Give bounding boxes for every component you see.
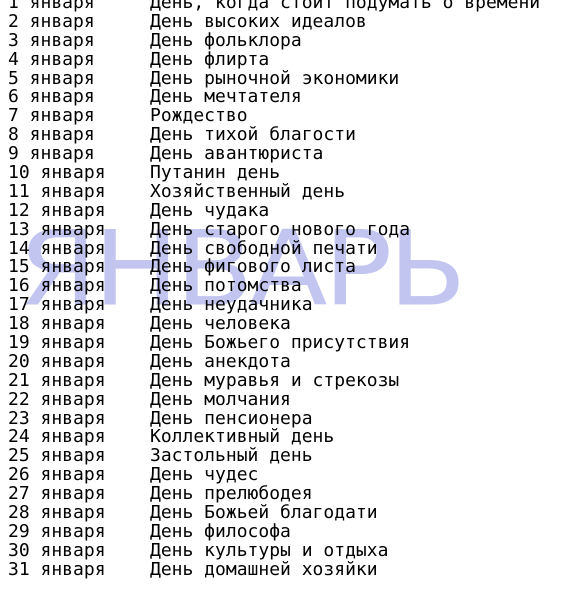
list-item: 21 январяДень муравья и стрекозы	[8, 372, 540, 391]
date-label: 3 января	[8, 32, 150, 51]
list-item: 11 январяХозяйственный день	[8, 183, 540, 202]
list-item: 22 январяДень молчания	[8, 391, 540, 410]
holiday-name: День анекдота	[150, 353, 291, 372]
holiday-name: Хозяйственный день	[150, 183, 345, 202]
date-label: 29 января	[8, 523, 150, 542]
holiday-name: День муравья и стрекозы	[150, 372, 399, 391]
holiday-name: День флирта	[150, 51, 269, 70]
holiday-name: День молчания	[150, 391, 291, 410]
date-label: 20 января	[8, 353, 150, 372]
holiday-name: День старого нового года	[150, 221, 410, 240]
date-label: 30 января	[8, 542, 150, 561]
list-item: 3 январяДень фольклора	[8, 32, 540, 51]
list-item: 13 январяДень старого нового года	[8, 221, 540, 240]
list-item: 12 январяДень чудака	[8, 202, 540, 221]
date-label: 31 января	[8, 561, 150, 580]
holiday-list: 1 январяДень, когда стоит подумать о вре…	[8, 0, 540, 580]
list-item: 2 январяДень высоких идеалов	[8, 13, 540, 32]
list-item: 29 январяДень философа	[8, 523, 540, 542]
date-label: 4 января	[8, 51, 150, 70]
date-label: 21 января	[8, 372, 150, 391]
holiday-name: День фольклора	[150, 32, 302, 51]
list-item: 20 январяДень анекдота	[8, 353, 540, 372]
holiday-name: День культуры и отдыха	[150, 542, 388, 561]
date-label: 22 января	[8, 391, 150, 410]
holiday-name: День чудака	[150, 202, 269, 221]
date-label: 11 января	[8, 183, 150, 202]
list-item: 4 январяДень флирта	[8, 51, 540, 70]
list-item: 30 январяДень культуры и отдыха	[8, 542, 540, 561]
holiday-name: День высоких идеалов	[150, 13, 367, 32]
date-label: 2 января	[8, 13, 150, 32]
date-label: 12 января	[8, 202, 150, 221]
holiday-name: День домашней хозяйки	[150, 561, 378, 580]
list-item: 31 январяДень домашней хозяйки	[8, 561, 540, 580]
date-label: 13 января	[8, 221, 150, 240]
holiday-name: День философа	[150, 523, 291, 542]
